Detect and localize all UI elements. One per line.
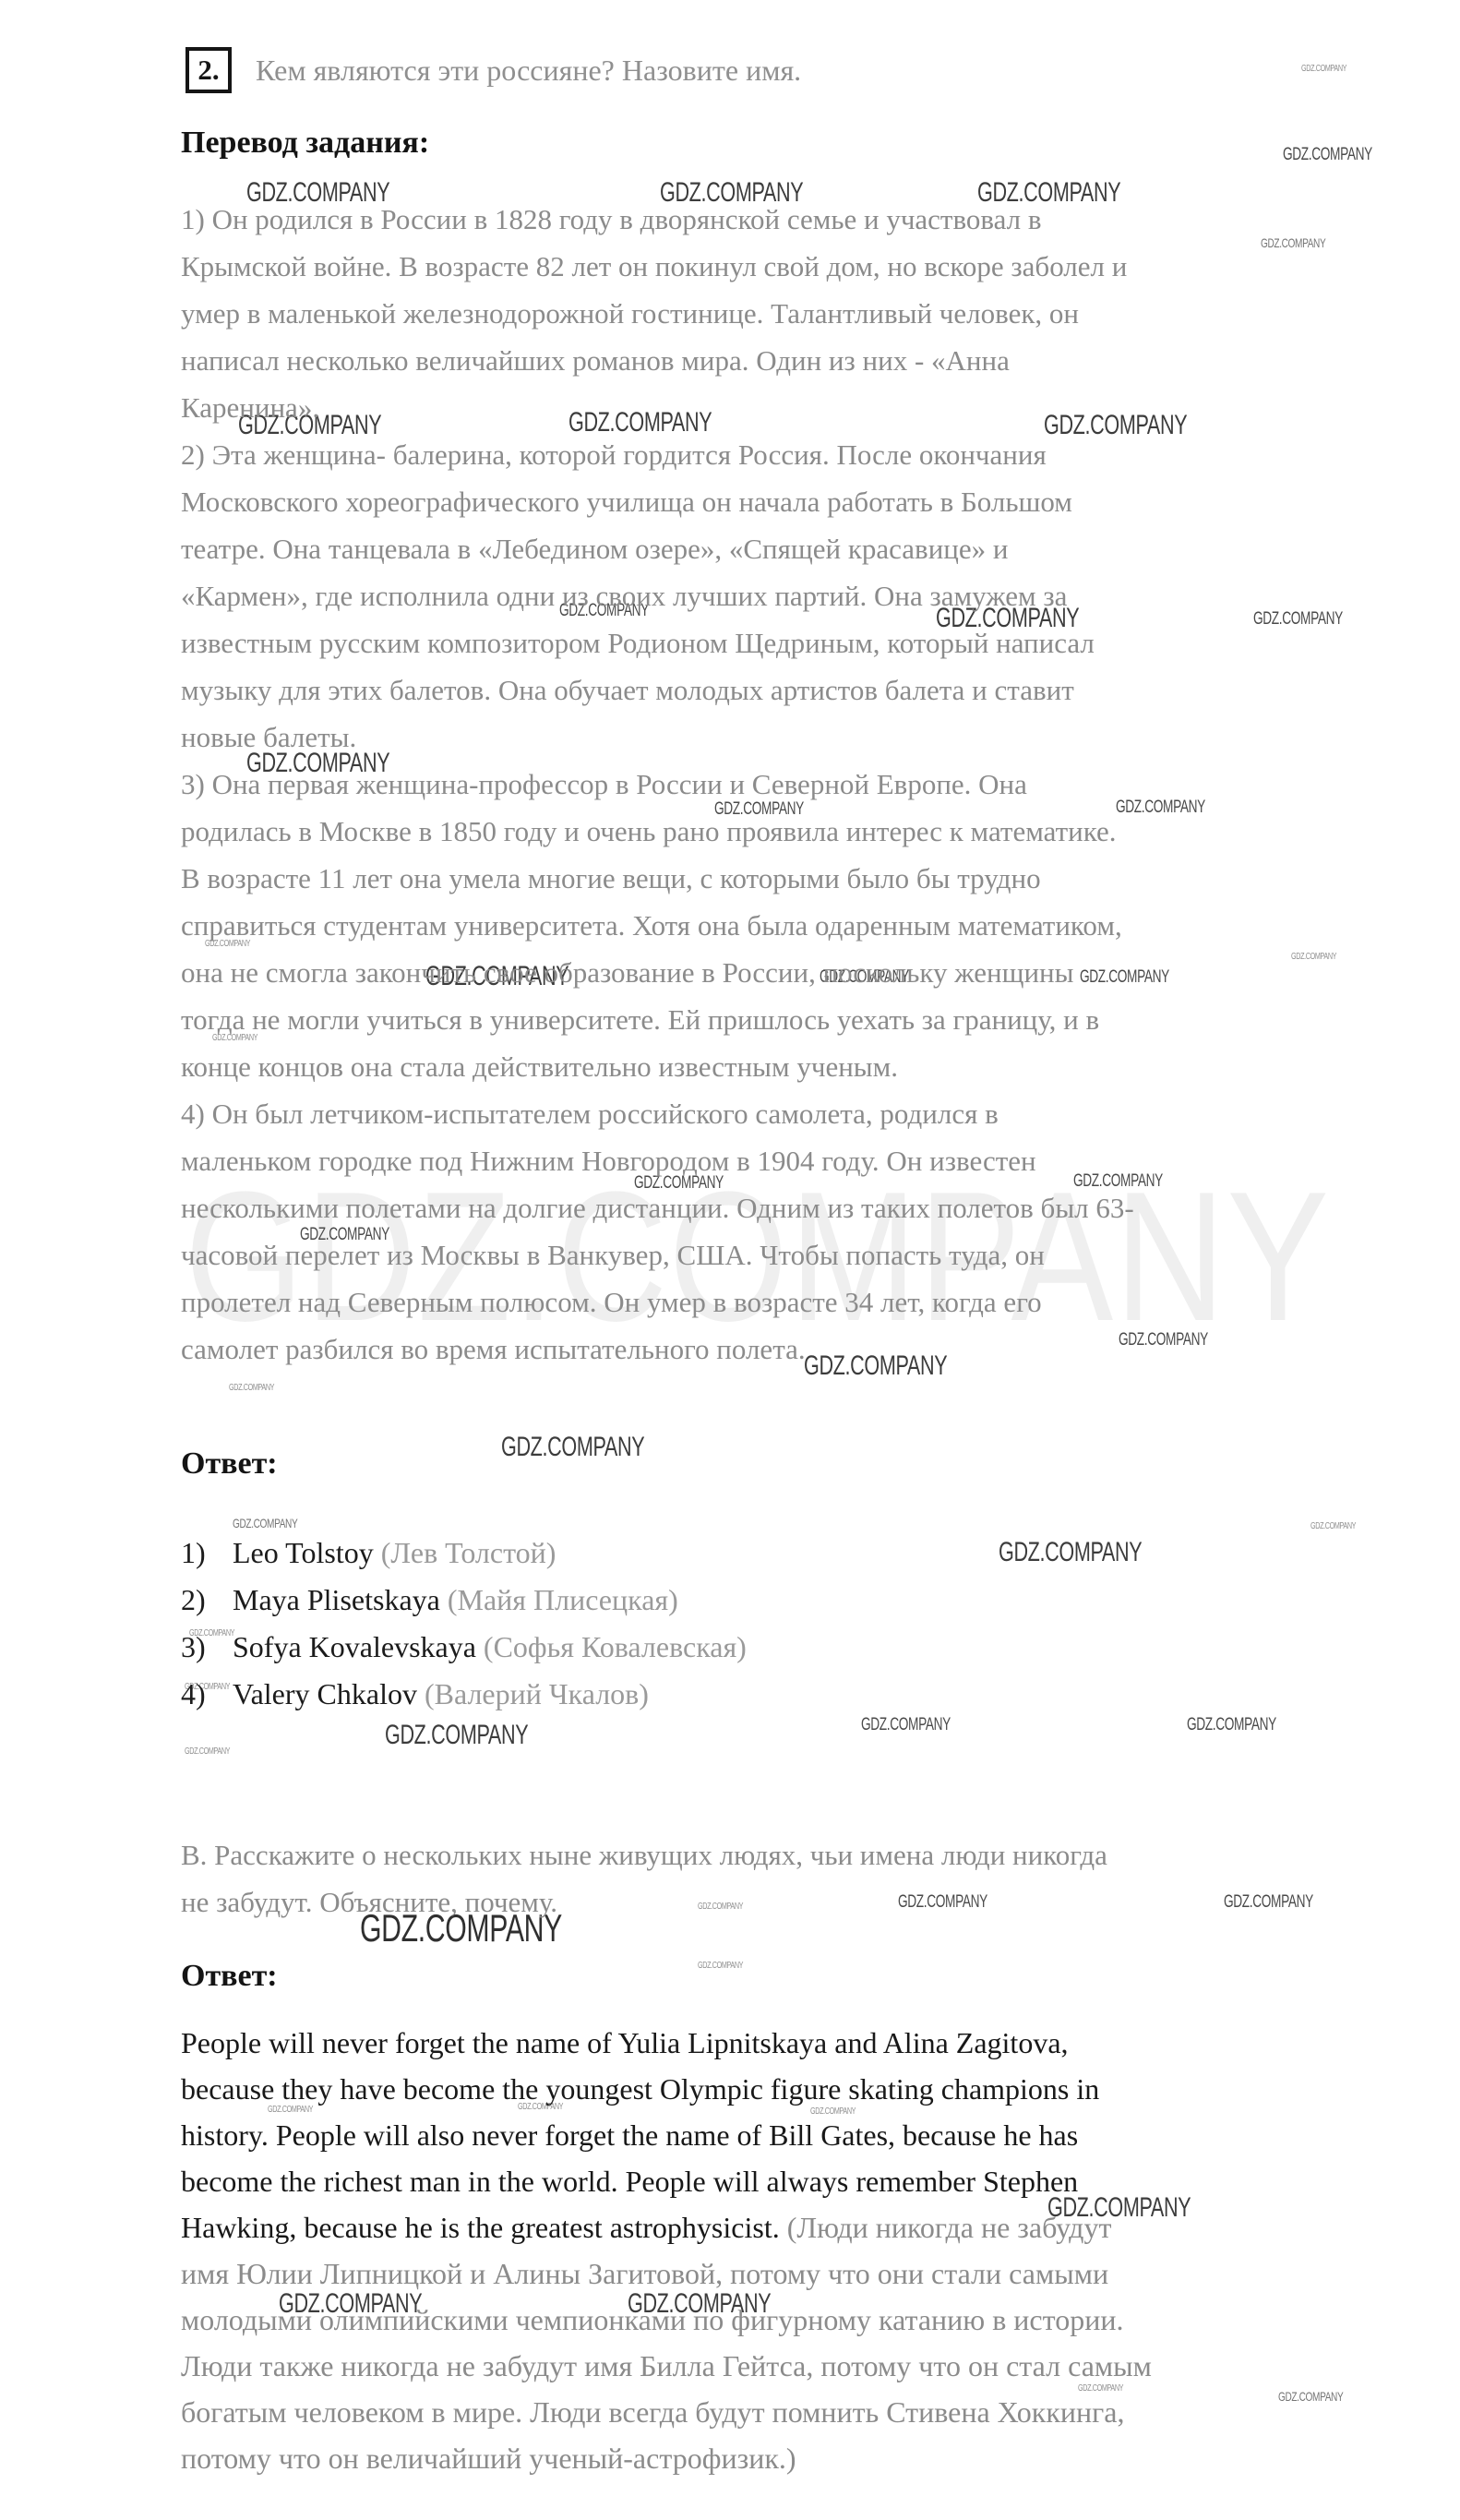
answer-item-native-name: (Лев Толстой) [374, 1536, 556, 1569]
gdz-company-watermark: GDZ.COMPANY [385, 1722, 528, 1749]
gdz-company-watermark: GDZ.COMPANY [1187, 1716, 1276, 1734]
answer-item-name: Valery Chkalov [233, 1677, 417, 1710]
answer-item-native-name: (Валерий Чкалов) [417, 1677, 649, 1710]
answer-list-item: 4)Valery Chkalov (Валерий Чкалов) [181, 1671, 747, 1718]
gdz-company-watermark: GDZ.COMPANY [1283, 146, 1372, 163]
translation-heading: Перевод задания: [181, 126, 429, 161]
answer-item-native-name: (Майя Плисецкая) [440, 1583, 678, 1616]
task-number: 2. [197, 54, 219, 87]
answer-item-native-name: (Софья Ковалевская) [476, 1630, 747, 1663]
answer-item-name: Sofya Kovalevskaya [233, 1630, 476, 1663]
answer-item-number: 1) [181, 1530, 233, 1577]
answer-list-item: 1)Leo Tolstoy (Лев Толстой) [181, 1530, 747, 1577]
gdz-company-watermark: GDZ.COMPANY [501, 1434, 644, 1461]
answer-item-number: 4) [181, 1671, 233, 1718]
section-b-task: В. Расскажите о нескольких ныне живущих … [181, 1831, 1436, 1926]
answer-heading-1: Ответ: [181, 1446, 278, 1482]
document-page: GDZ.COMPANYGDZ.COMPANYGDZ.COMPANYGDZ.COM… [0, 0, 1460, 2520]
final-answer-russian: (Люди никогда не забудут имя Юлии Липниц… [181, 2211, 1152, 2475]
answer-item-number: 3) [181, 1624, 233, 1671]
answer-list-item: 3)Sofya Kovalevskaya (Софья Ковалевская) [181, 1624, 747, 1671]
final-answer: People will never forget the name of Yul… [181, 2020, 1436, 2481]
gdz-company-watermark: GDZ.COMPANY [1301, 65, 1346, 74]
gdz-company-watermark: GDZ.COMPANY [999, 1539, 1142, 1566]
answer-heading-2: Ответ: [181, 1959, 278, 1994]
gdz-company-watermark: GDZ.COMPANY [185, 1747, 230, 1757]
answer-item-name: Maya Plisetskaya [233, 1583, 440, 1616]
gdz-company-watermark: GDZ.COMPANY [233, 1517, 297, 1530]
translation-text: 1) Он родился в России в 1828 году в дво… [181, 196, 1436, 1373]
task-number-box: 2. [185, 47, 232, 93]
gdz-company-watermark: GDZ.COMPANY [861, 1716, 951, 1734]
gdz-company-watermark: GDZ.COMPANY [229, 1384, 274, 1393]
answer-item-name: Leo Tolstoy [233, 1536, 374, 1569]
answer-list: 1)Leo Tolstoy (Лев Толстой)2)Maya Pliset… [181, 1530, 747, 1718]
answer-item-number: 2) [181, 1577, 233, 1624]
gdz-company-watermark: GDZ.COMPANY [1310, 1522, 1356, 1531]
task-title: Кем являются эти россияне? Назовите имя. [256, 54, 801, 88]
answer-list-item: 2)Maya Plisetskaya (Майя Плисецкая) [181, 1577, 747, 1624]
gdz-company-watermark: GDZ.COMPANY [698, 1962, 743, 1971]
